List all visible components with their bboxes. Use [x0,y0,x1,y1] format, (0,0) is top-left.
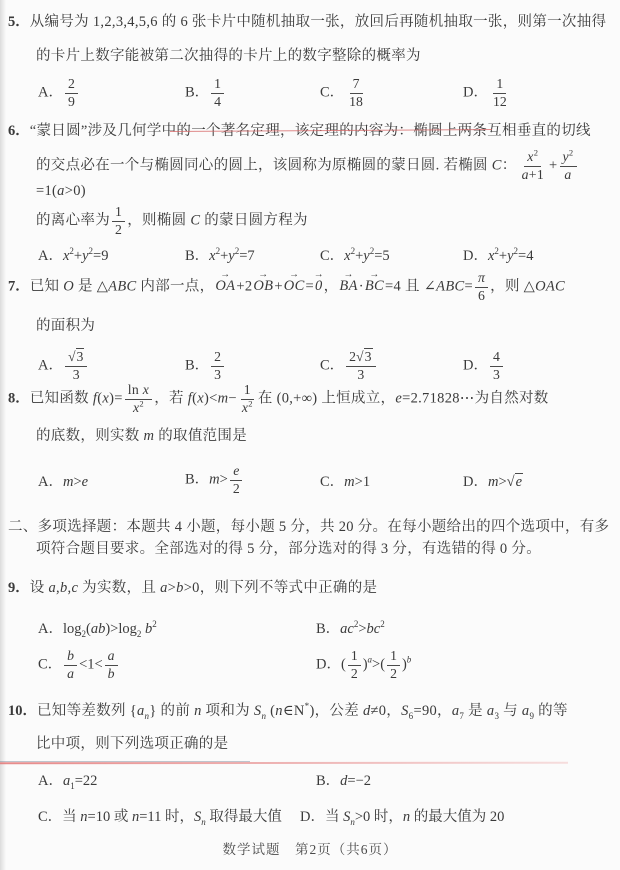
section-2-header-line-1: 二、多项选择题：本题共 4 小题，每小题 5 分，共 20 分。在每小题给出的四… [8,516,610,538]
question-10-option-d: D．当 Sn>0 时，n 的最大值为 20 [300,806,610,828]
question-8-options: A．m>e B．m>e2 C．m>1 D．m>√e [8,463,610,497]
question-8-option-a: A．m>e [38,470,185,491]
question-7-option-d: D．43 [463,349,610,383]
question-8-stem-line-2: 的底数，则实数 m 的取值范围是 [8,426,610,446]
question-8: 8．已知函数 f(x)=ln xx2，若 f(x)<m−1x2在 (0,+∞) … [8,382,610,497]
question-8-option-b: B．m>e2 [185,463,320,497]
question-9-options-row-2: C．ba<1<ab D．(12)a>(12)b [8,648,610,682]
page-footer: 数学试题 第2页（共6页） [0,838,620,858]
question-7-stem-line-1: 7．已知 O 是 △ABC 内部一点，OA+2OB+OC=0，BA·BC=4 且… [8,262,610,304]
question-10-stem-line-2: 比中项，则下列选项正确的是 [8,734,610,754]
question-5: 5．从编号为 1,2,3,4,5,6 的 6 张卡片中随机抽取一张，放回后再随机… [8,12,610,110]
question-6-stem-line-2: 的交点必在一个与椭圆同心的圆上，该圆称为原椭圆的蒙日圆. 若椭圆 C：x2a+1… [8,149,610,200]
question-8-stem-line-1: 8．已知函数 f(x)=ln xx2，若 f(x)<m−1x2在 (0,+∞) … [8,382,610,416]
question-10-option-c: C．当 n=10 或 n=11 时，Sn 取得最大值 [38,806,300,828]
question-9-option-c: C．ba<1<ab [38,648,316,682]
question-10-options-row-2: C．当 n=10 或 n=11 时，Sn 取得最大值 D．当 Sn>0 时，n … [8,806,610,828]
question-5-option-b: B．14 [185,76,320,110]
question-8-option-c: C．m>1 [320,470,463,491]
question-9-option-d: D．(12)a>(12)b [316,648,610,682]
question-7-option-a: A．√33 [38,349,185,383]
question-9-option-a: A．log2(ab)>log2 b2 [38,618,316,640]
question-5-option-a: A．29 [38,76,185,110]
section-2-header: 二、多项选择题：本题共 4 小题，每小题 5 分，共 20 分。在每小题给出的四… [8,516,610,560]
question-9: 9．设 a,b,c 为实数，且 a>b>0，则下列不等式中正确的是 A．log2… [8,578,610,682]
question-5-stem-line-1: 5．从编号为 1,2,3,4,5,6 的 6 张卡片中随机抽取一张，放回后再随机… [8,12,610,32]
question-10-option-b: B．d=−2 [316,770,610,792]
question-5-option-d: D．112 [463,76,610,110]
question-7-options: A．√33 B．23 C．2√33 D．43 [8,349,610,383]
question-9-option-b: B．ac2>bc2 [316,618,610,640]
question-9-options-row-1: A．log2(ab)>log2 b2 B．ac2>bc2 [8,618,610,640]
question-8-option-d: D．m>√e [463,470,610,491]
question-5-option-c: C．718 [320,76,463,110]
section-2-header-line-2: 项符合题目要求。全部选对的得 5 分，部分选对的得 3 分，有选错的得 0 分。 [8,538,610,560]
question-6: 6．“蒙日圆”涉及几何学中的一个著名定理，该定理的内容为：椭圆上两条互相垂直的切… [8,121,610,267]
question-9-stem-line-1: 9．设 a,b,c 为实数，且 a>b>0，则下列不等式中正确的是 [8,578,610,598]
scan-edge-left [0,0,6,870]
question-5-options: A．29 B．14 C．718 D．112 [8,76,610,110]
question-7-stem-line-2: 的面积为 [8,316,610,336]
exam-page: 5．从编号为 1,2,3,4,5,6 的 6 张卡片中随机抽取一张，放回后再随机… [0,0,620,870]
question-7-option-b: B．23 [185,349,320,383]
question-6-stem-line-3: 的离心率为12，则椭圆 C 的蒙日圆方程为 [8,204,610,238]
question-7-option-c: C．2√33 [320,349,463,383]
question-5-stem-line-2: 的卡片上数字能被第二次抽得的卡片上的数字整除的概率为 [8,46,610,66]
question-10-stem-line-1: 10．已知等差数列 {an} 的前 n 项和为 Sn (n∈N*)，公差 d≠0… [8,699,610,723]
question-10-option-a: A．a1=22 [38,770,316,792]
question-7: 7．已知 O 是 △ABC 内部一点，OA+2OB+OC=0，BA·BC=4 且… [8,262,610,383]
question-10-options-row-1: A．a1=22 B．d=−2 [8,770,610,792]
